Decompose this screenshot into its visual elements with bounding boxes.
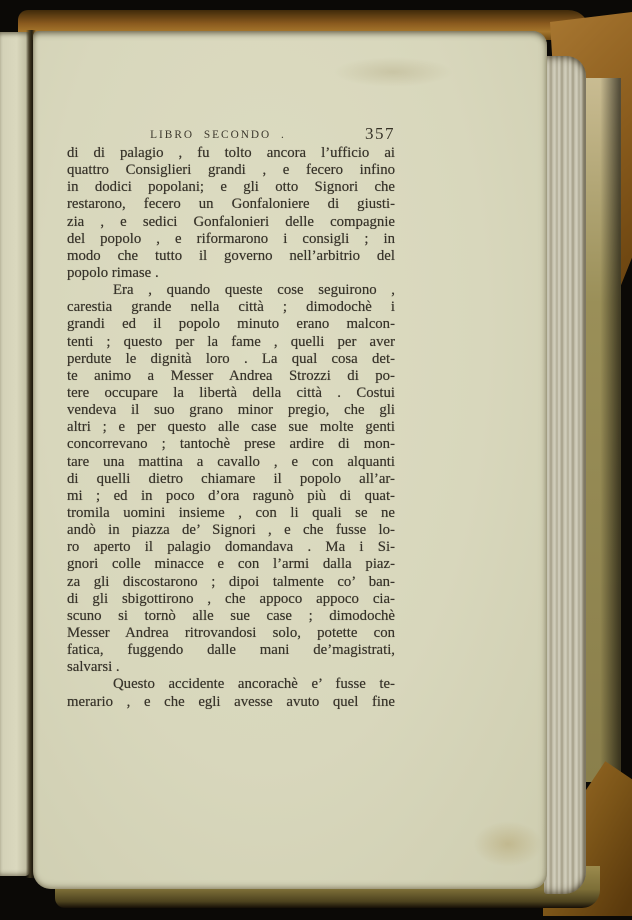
text-line: concorrevano ; tantochè prese ardire di … xyxy=(67,436,395,453)
text-line: gnori colle minacce e con l’armi dalla p… xyxy=(67,556,395,573)
text-line: restarono, fecero un Gonfaloniere di giu… xyxy=(67,196,395,213)
text-line: scuno si tornò alle sue case ; dimodochè xyxy=(67,608,395,625)
text-line: di gli sbigottirono , che appoco appoco … xyxy=(67,591,395,608)
text-line: del popolo , e riformarono i consigli ; … xyxy=(67,231,395,248)
page-text: LIBRO SECONDO . 357 di di palagio , fu t… xyxy=(67,126,395,711)
text-line: perdute le dignità loro . La qual cosa d… xyxy=(67,351,395,368)
text-line: in dodici popolani; e gli otto Signori c… xyxy=(67,179,395,196)
text-line: modo che tutto il governo nell’arbitrio … xyxy=(67,248,395,265)
running-title: LIBRO SECONDO . xyxy=(67,129,369,141)
paper-stain xyxy=(333,57,453,87)
text-line: tare una mattina a cavallo , e con alqua… xyxy=(67,454,395,471)
text-line: andò in piazza de’ Signori , e che fusse… xyxy=(67,522,395,539)
page-number: 357 xyxy=(365,124,395,144)
text-line: merario , e che egli avesse avuto quel f… xyxy=(67,694,395,711)
text-line: di di palagio , fu tolto ancora l’uffici… xyxy=(67,145,395,162)
text-line: Messer Andrea ritrovandosi solo, potette… xyxy=(67,625,395,642)
paper-stain xyxy=(473,821,543,867)
text-line: te animo a Messer Andrea Strozzi di po- xyxy=(67,368,395,385)
book-page: LIBRO SECONDO . 357 di di palagio , fu t… xyxy=(33,31,547,889)
text-line: altri ; e per questo alle case sue molte… xyxy=(67,419,395,436)
text-line: zia , e sedici Gonfalonieri delle compag… xyxy=(67,214,395,231)
text-line: ro aperto il palagio domandava . Ma i Si… xyxy=(67,539,395,556)
text-line: di quelli dietro chiamare il popolo all’… xyxy=(67,471,395,488)
book-fore-edge xyxy=(581,78,621,782)
text-line: fatica, fuggendo dalle mani de’magistrat… xyxy=(67,642,395,659)
text-line: mi ; ed in poco d’ora ragunò più di quat… xyxy=(67,488,395,505)
text-line: salvarsi . xyxy=(67,659,395,676)
text-line: vendeva il suo grano minor pregio, che g… xyxy=(67,402,395,419)
text-line: popolo rimase . xyxy=(67,265,395,282)
text-line: quattro Consiglieri grandi , e fecero in… xyxy=(67,162,395,179)
text-line: grandi ed il popolo minuto erano malcon- xyxy=(67,316,395,333)
text-line: tenti ; questo per la fame , quelli per … xyxy=(67,334,395,351)
text-line: carestia grande nella città ; dimodochè … xyxy=(67,299,395,316)
page-edges-right xyxy=(544,56,586,894)
text-line: Era , quando queste cose seguirono , xyxy=(67,282,395,299)
text-line: Questo accidente ancorachè e’ fusse te- xyxy=(67,676,395,693)
page-header: LIBRO SECONDO . 357 xyxy=(67,126,395,145)
text-line: za gli discostarono ; dipoi talmente co’… xyxy=(67,574,395,591)
text-line: tere occupare la libertà della città . C… xyxy=(67,385,395,402)
text-line: tromila uomini insieme , con li quali se… xyxy=(67,505,395,522)
book-scan: LIBRO SECONDO . 357 di di palagio , fu t… xyxy=(0,0,632,920)
